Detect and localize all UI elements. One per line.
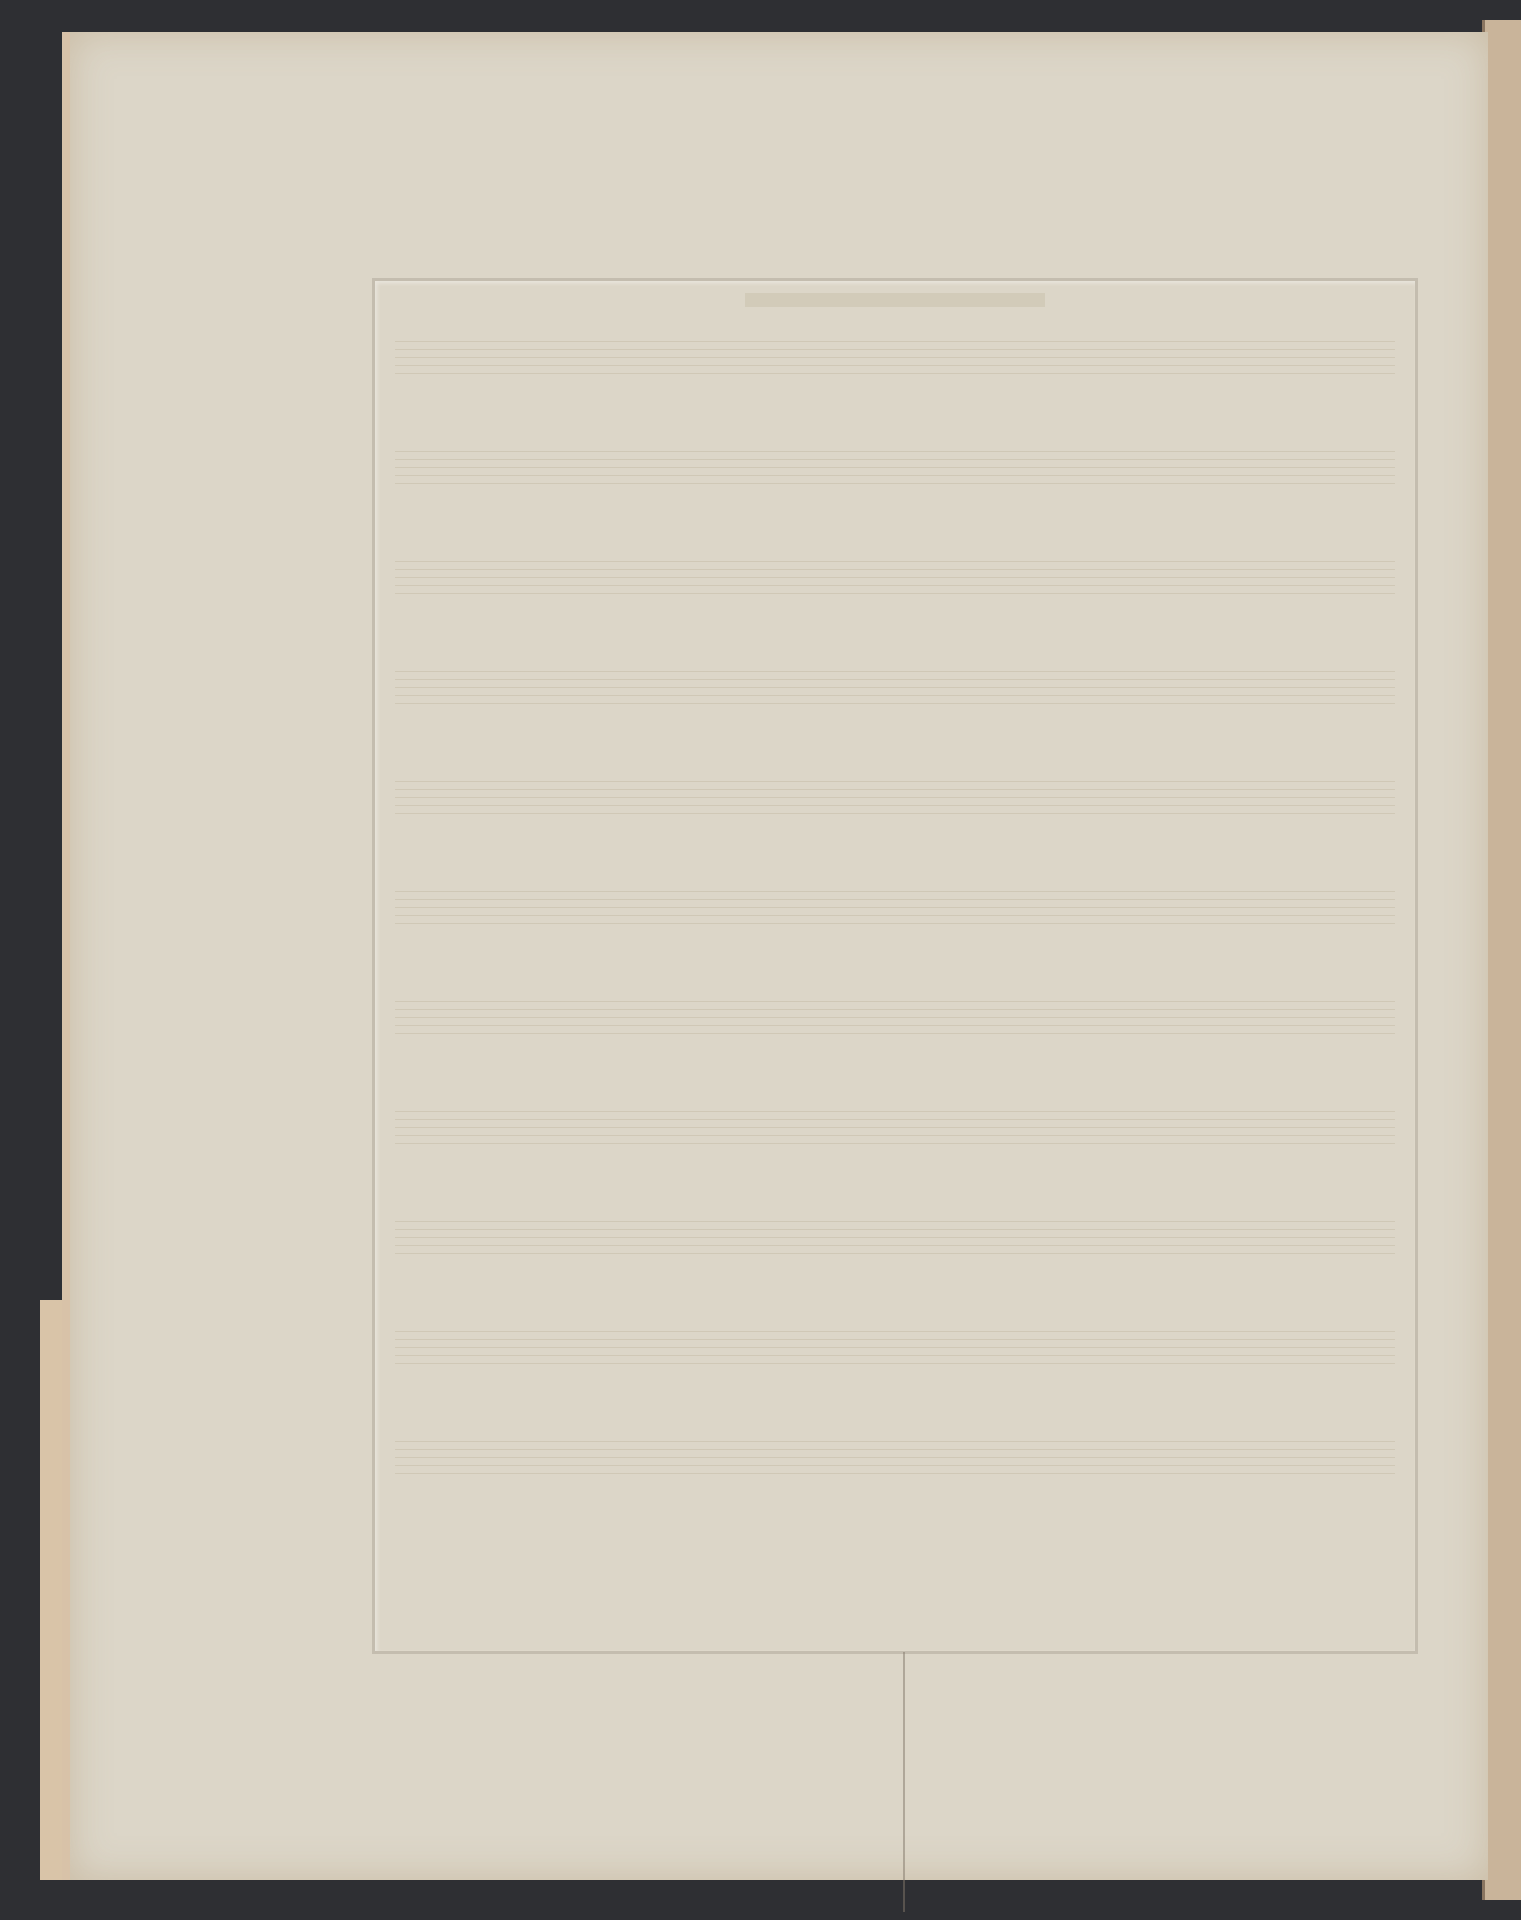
staff-show-through xyxy=(395,671,1395,707)
plate-mark xyxy=(372,278,1418,1654)
paper-crease xyxy=(903,1652,905,1912)
staff-show-through xyxy=(395,781,1395,817)
staff-show-through xyxy=(395,1111,1395,1147)
paper-page xyxy=(62,32,1488,1880)
staff-show-through xyxy=(395,561,1395,597)
staff-show-through xyxy=(395,341,1395,377)
title-show-through xyxy=(745,293,1045,307)
staff-show-through xyxy=(395,891,1395,927)
staff-show-through xyxy=(395,1441,1395,1477)
staff-show-through xyxy=(395,1221,1395,1257)
staff-show-through xyxy=(395,1001,1395,1037)
staff-show-through xyxy=(395,451,1395,487)
staff-show-through xyxy=(395,1331,1395,1367)
